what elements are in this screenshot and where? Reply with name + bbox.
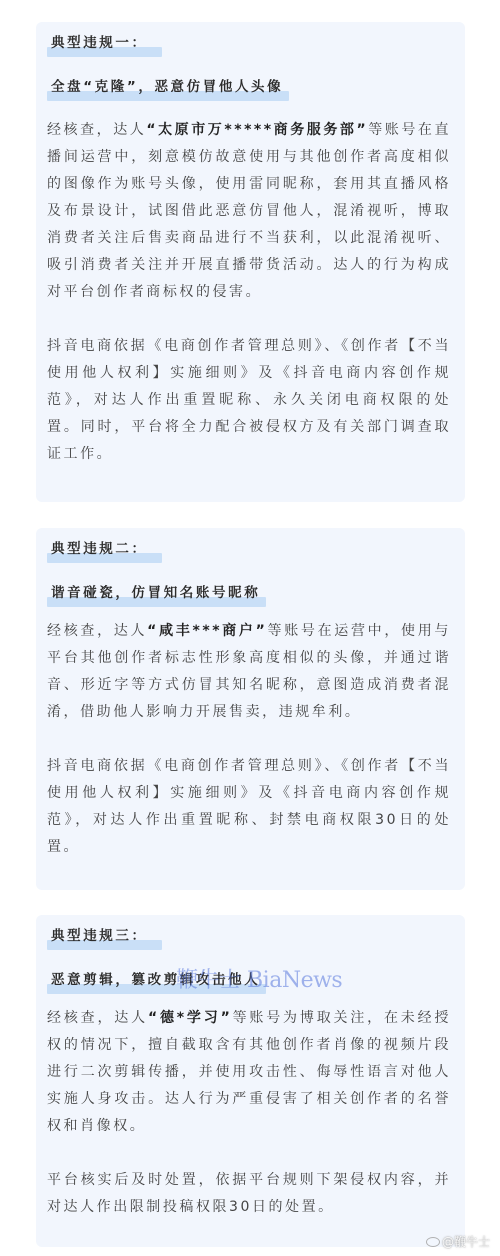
violation-card-1: 典型违规一： 全盘“克隆”，恶意仿冒他人头像 经核查，达人“太原市万*****商… [36, 22, 465, 502]
violation-card-2: 典型违规二： 谐音碰瓷，仿冒知名账号昵称 经核查，达人“咸丰***商户”等账号在… [36, 528, 465, 890]
account-name: “太原市万*****商务服务部” [146, 122, 368, 138]
weibo-logo-icon [426, 1237, 440, 1247]
case-penalty-paragraph: 平台核实后及时处置，依据平台规则下架侵权内容，并对达人作出限制投稿权限30日的处… [47, 1167, 451, 1221]
violation-card-3: 典型违规三： 恶意剪辑，篡改剪辑攻击他人 经核查，达人“德*学习”等账号为博取关… [36, 915, 465, 1247]
case-finding-paragraph: 经核查，达人“咸丰***商户”等账号在运营中，使用与平台其他创作者标志性形象高度… [47, 618, 451, 726]
case-title-text: 谐音碰瓷，仿冒知名账号昵称 [47, 583, 266, 603]
case-title: 全盘“克隆”，恶意仿冒他人头像 [47, 76, 451, 100]
case-title-text: 全盘“克隆”，恶意仿冒他人头像 [47, 77, 289, 97]
finding-intro: 经核查，达人 [47, 1010, 148, 1026]
case-label: 典型违规一： [47, 32, 451, 56]
finding-intro: 经核查，达人 [47, 623, 147, 639]
case-finding-paragraph: 经核查，达人“太原市万*****商务服务部”等账号在直播间运营中，刻意模仿故意使… [47, 117, 451, 306]
case-penalty-paragraph: 抖音电商依据《电商创作者管理总则》、《创作者【不当使用他人权利】实施细则》及《抖… [47, 333, 451, 468]
case-title: 谐音碰瓷，仿冒知名账号昵称 [47, 582, 451, 606]
case-label: 典型违规二： [47, 538, 451, 562]
account-name: “咸丰***商户” [147, 623, 267, 639]
case-title-text: 恶意剪辑，篡改剪辑攻击他人 [47, 970, 266, 990]
finding-intro: 经核查，达人 [47, 122, 146, 138]
weibo-watermark: @鞭牛士 [426, 1233, 490, 1250]
case-title: 恶意剪辑，篡改剪辑攻击他人 [47, 969, 451, 993]
case-label-text: 典型违规三： [47, 926, 162, 946]
case-penalty-paragraph: 抖音电商依据《电商创作者管理总则》、《创作者【不当使用他人权利】实施细则》及《抖… [47, 753, 451, 861]
case-label-text: 典型违规一： [47, 33, 162, 53]
case-label: 典型违规三： [47, 925, 451, 949]
account-name: “德*学习” [148, 1010, 232, 1026]
finding-detail: 等账号为博取关注，在未经授权的情况下，擅自截取含有其他创作者肖像的视频片段进行二… [47, 1010, 451, 1134]
case-label-text: 典型违规二： [47, 539, 162, 559]
weibo-handle: @鞭牛士 [442, 1233, 490, 1250]
case-finding-paragraph: 经核查，达人“德*学习”等账号为博取关注，在未经授权的情况下，擅自截取含有其他创… [47, 1005, 451, 1140]
finding-detail: 等账号在直播间运营中，刻意模仿故意使用与其他创作者高度相似的图像作为账号头像，使… [47, 122, 451, 300]
